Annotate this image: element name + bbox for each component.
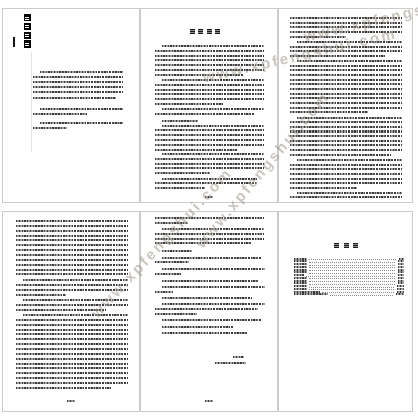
text-line [23, 279, 128, 281]
text-line [290, 121, 402, 123]
text-line [290, 135, 402, 137]
text-line [290, 31, 402, 33]
text-line [16, 239, 128, 241]
text-line [155, 158, 264, 160]
numbered-item-lines [162, 319, 261, 321]
page2-heading-glyphs [190, 29, 195, 34]
text-line [155, 89, 264, 91]
text-line [155, 129, 264, 131]
list-item-lines [162, 178, 257, 180]
text-line [16, 333, 128, 335]
text-line [16, 249, 128, 251]
text-line [16, 319, 128, 321]
text-line [290, 26, 402, 28]
text-line [290, 22, 402, 24]
text-line [40, 71, 123, 73]
page-number-mark [205, 196, 213, 198]
toc-entry-title [294, 293, 328, 295]
text-line [155, 113, 255, 115]
toc-leader [306, 275, 395, 277]
text-line [16, 259, 128, 261]
text-line [155, 98, 264, 100]
numbered-item-lines [162, 257, 262, 259]
text-line [33, 97, 116, 99]
numbered-item-lines [155, 291, 173, 293]
seal-glyph [25, 16, 29, 20]
text-line [162, 45, 264, 47]
signature-lines [233, 356, 244, 358]
scanned-spread: www.xpfengshui.comwww.xpfengshui.comwww.… [0, 0, 418, 417]
text-line [33, 127, 67, 129]
text-line [290, 65, 402, 67]
page6-heading-glyphs [353, 243, 358, 248]
seal-glyph [25, 24, 29, 28]
text-line [162, 153, 264, 155]
text-line [23, 314, 128, 316]
toc-leader [309, 261, 395, 263]
numbered-item-lines [155, 261, 189, 263]
vertical-title-seal [24, 32, 31, 39]
text-line [155, 144, 264, 146]
text-line [290, 83, 402, 85]
text-line [290, 88, 402, 90]
text-line [155, 167, 264, 169]
text-line [290, 154, 391, 156]
text-line [155, 50, 264, 52]
text-line [155, 222, 188, 224]
text-line [155, 59, 264, 61]
text-line [155, 134, 264, 136]
text-line [23, 299, 128, 301]
text-line [290, 196, 402, 198]
section-subhead [162, 120, 198, 122]
toc-leader [309, 288, 394, 290]
numbered-item-lines [162, 297, 252, 299]
text-line [40, 122, 123, 124]
text-line [155, 233, 264, 235]
text-line [162, 108, 264, 110]
text-line [155, 64, 264, 66]
section-subhead [162, 250, 192, 252]
text-line [290, 130, 402, 132]
text-line [290, 69, 402, 71]
numbered-item-lines [162, 268, 265, 270]
text-line [16, 225, 128, 227]
toc-leader [309, 272, 395, 274]
text-line [16, 254, 128, 256]
text-line [297, 192, 402, 194]
text-line [290, 149, 402, 151]
page2-heading-glyphs [198, 29, 203, 34]
text-line [290, 17, 402, 19]
list-item-lines [155, 182, 257, 184]
text-line [155, 139, 264, 141]
text-line [16, 289, 128, 291]
page-number-mark [205, 400, 213, 402]
text-line [16, 377, 128, 379]
text-line [290, 50, 402, 52]
text-line [16, 367, 128, 369]
text-line [155, 103, 223, 105]
toc-leader [330, 294, 393, 296]
text-line [40, 108, 123, 110]
text-line [290, 126, 402, 128]
page-number-mark [67, 400, 75, 402]
text-line [297, 117, 402, 119]
numbered-item-lines [162, 332, 248, 334]
text-line [16, 269, 128, 271]
text-line [16, 372, 128, 374]
text-line [297, 159, 402, 161]
text-line [16, 273, 128, 275]
numbered-item-lines [155, 313, 197, 315]
text-line [16, 294, 66, 296]
text-line [155, 69, 264, 71]
text-line [290, 140, 402, 142]
text-line [290, 178, 402, 180]
toc-leader [309, 269, 395, 271]
text-line [162, 228, 264, 230]
text-line [290, 111, 368, 113]
text-line [155, 84, 264, 86]
text-line [33, 91, 123, 93]
text-line [290, 144, 402, 146]
vertical-title-seal [24, 23, 31, 30]
numbered-item-lines [155, 308, 258, 310]
toc-leader [309, 266, 395, 268]
text-line [16, 358, 128, 360]
text-line [290, 36, 346, 38]
toc-leader [309, 264, 395, 266]
text-line [16, 235, 128, 237]
numbered-item-lines [155, 273, 181, 275]
text-line [290, 164, 402, 166]
text-line [16, 387, 111, 389]
text-line [33, 81, 123, 83]
text-line [290, 182, 402, 184]
text-line [290, 187, 357, 189]
text-line [16, 329, 128, 331]
text-line [290, 74, 402, 76]
text-line [155, 217, 264, 219]
text-line [162, 79, 264, 81]
text-line [290, 46, 402, 48]
text-line [16, 324, 128, 326]
spine-shadow [31, 52, 32, 152]
text-line [162, 125, 264, 127]
toc-leader [309, 277, 395, 279]
toc-leader [309, 283, 395, 285]
text-line [290, 55, 385, 57]
toc-leader [309, 258, 396, 260]
page-5-cell [140, 211, 278, 412]
text-line [290, 102, 402, 104]
signature-lines [215, 362, 246, 364]
text-line [16, 338, 128, 340]
seal-glyph [25, 33, 29, 37]
numbered-item-lines [162, 303, 265, 305]
text-line [155, 93, 264, 95]
text-line [16, 284, 128, 286]
text-line [16, 348, 128, 350]
text-line [155, 74, 244, 76]
page6-heading-glyphs [334, 243, 339, 248]
text-line [297, 60, 402, 62]
text-line [16, 230, 128, 232]
seal-glyph [25, 42, 29, 46]
text-line [290, 93, 402, 95]
text-line [16, 244, 128, 246]
text-line [155, 172, 210, 174]
text-line [155, 242, 251, 244]
text-line [16, 264, 128, 266]
vertical-title-seal [24, 40, 31, 47]
text-line [16, 363, 128, 365]
vertical-title-seal [24, 14, 31, 21]
numbered-item-lines [162, 280, 258, 282]
text-line [16, 353, 128, 355]
numbered-item-lines [162, 286, 265, 288]
list-item-lines [155, 187, 205, 189]
text-line [16, 304, 128, 306]
page-6-cell [278, 211, 413, 412]
numbered-item-lines [162, 326, 234, 328]
text-line [297, 41, 402, 43]
text-line [16, 343, 128, 345]
toc-leader [309, 280, 395, 282]
spine-mark [13, 37, 15, 47]
text-line [33, 76, 123, 78]
page6-heading-glyphs [344, 243, 349, 248]
page2-heading-glyphs [207, 29, 212, 34]
text-line [290, 107, 402, 109]
text-line [155, 55, 264, 57]
text-line [290, 168, 402, 170]
text-line [33, 86, 123, 88]
text-line [290, 173, 402, 175]
text-line [155, 238, 264, 240]
text-line [290, 79, 402, 81]
page2-heading-glyphs [215, 29, 220, 34]
toc-page-number [396, 293, 404, 295]
toc-leader [322, 291, 394, 293]
text-line [16, 220, 128, 222]
text-line [16, 309, 106, 311]
text-line [155, 149, 237, 151]
text-line [16, 382, 128, 384]
text-line [33, 113, 87, 115]
text-line [290, 97, 402, 99]
toc-leader [309, 286, 394, 288]
text-line [155, 163, 264, 165]
